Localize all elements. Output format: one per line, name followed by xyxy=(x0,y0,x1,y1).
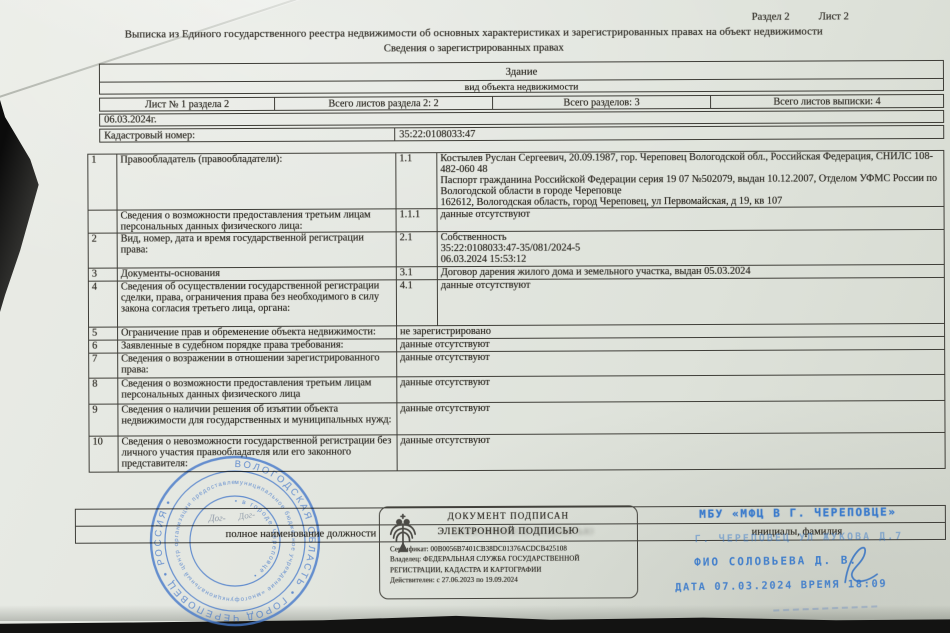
row-label: Правообладатель (правообладатели): xyxy=(117,153,396,210)
row-number: 9 xyxy=(89,404,118,436)
table-row: 8 Сведения о возможности предоставления … xyxy=(89,374,945,404)
row-label: Сведения о наличии решения об изъятии об… xyxy=(118,403,397,436)
stamp-handwriting: Дог- xyxy=(237,509,256,521)
extract-date: 06.03.2024г. xyxy=(99,110,944,127)
sheet-info-cell: Всего листов раздела 2: 2 xyxy=(275,97,493,110)
faded-stamp-line xyxy=(773,605,877,611)
row-subnumber: 4.1 xyxy=(396,280,437,326)
row-label: Заявленные в судебном порядке права треб… xyxy=(118,339,397,353)
row-label: Сведения о возможности предоставления тр… xyxy=(118,377,397,404)
handwritten-signature xyxy=(837,538,885,592)
row-label: Вид, номер, дата и время государственной… xyxy=(117,232,396,268)
section-label: Раздел 2 xyxy=(752,12,790,23)
table-row: 1 Правообладатель (правообладатели): 1.1… xyxy=(88,150,944,210)
table-row: 4 Сведения об осуществлении государствен… xyxy=(88,277,944,327)
mfc-datetime-stamp: ДАТА 07.03.2024 ВРЕМЯ 18:09 xyxy=(631,577,931,594)
round-org-stamp: ВОЛОГОДСКАЯ ОБЛАСТЬ • ГОРОД ЧЕРЕПОВЕЦ • … xyxy=(147,453,324,630)
cadastral-number: 35:22:0108033:47 xyxy=(395,128,475,140)
row-number: 8 xyxy=(89,378,118,404)
value-line: Костылев Руслан Сергеевич, 20.09.1987, г… xyxy=(440,151,940,175)
row-label: Сведения о возражении в отношении зареги… xyxy=(118,352,397,378)
row-label: Сведения об осуществлении государственно… xyxy=(117,280,396,327)
row-label: Сведения о возможности предоставления тр… xyxy=(117,209,396,233)
row-value: Собственность 35:22:0108033:47-35/081/20… xyxy=(437,229,944,266)
rights-table: 1 Правообладатель (правообладатели): 1.1… xyxy=(87,150,945,473)
row-value: данные отсутствуют xyxy=(397,374,945,402)
document-subtitle: Сведения о зарегистрированных правах xyxy=(0,41,949,56)
value-line: 06.03.2024 15:53:12 xyxy=(441,252,941,265)
cadastral-label: Кадастровый номер: xyxy=(100,128,395,141)
cadastral-box: Кадастровый номер: 35:22:0108033:47 xyxy=(99,125,944,143)
table-row: 2 Вид, номер, дата и время государственн… xyxy=(88,229,944,268)
table-row: 9 Сведения о наличии решения об изъятии … xyxy=(89,400,945,436)
esign-validity: Действителен: с 27.06.2023 по 19.09.2024 xyxy=(390,575,628,586)
row-number: 10 xyxy=(89,436,118,472)
esign-stamp: ДОКУМЕНТ ПОДПИСАН ЭЛЕКТРОННОЙ ПОДПИСЬЮ С… xyxy=(379,505,638,599)
row-value: данные отсутствуют xyxy=(397,400,945,434)
row-value: данные отсутствуют xyxy=(437,277,944,325)
row-subnumber: 1.1.1 xyxy=(396,209,437,232)
row-value: данные отсутствуют xyxy=(397,432,945,470)
row-number: 1 xyxy=(88,154,117,210)
row-number: 7 xyxy=(89,353,118,378)
row-number: 3 xyxy=(88,268,117,281)
sheet-info-box: Лист № 1 раздела 2 Всего листов раздела … xyxy=(99,94,944,112)
row-label: Ограничение прав и обременение объекта н… xyxy=(118,326,397,340)
object-type-caption: вид объекта недвижимости xyxy=(100,79,943,95)
row-number xyxy=(88,210,117,233)
stamp-handwriting: Дог- xyxy=(208,513,226,523)
value-line: Паспорт гражданина Российской Федерации … xyxy=(440,173,940,197)
object-type-box: Здание вид объекта недвижимости xyxy=(99,60,944,95)
esign-owner: Владелец: ФЕДЕРАЛЬНАЯ СЛУЖБА ГОСУДАРСТВЕ… xyxy=(390,554,628,576)
row-subnumber: 2.1 xyxy=(396,232,437,267)
row-value: данные отсутствуют xyxy=(437,206,944,231)
row-value: данные отсутствуют xyxy=(397,349,945,376)
coat-of-arms-icon xyxy=(387,512,419,554)
row-value: Костылев Руслан Сергеевич, 20.09.1987, г… xyxy=(437,150,944,208)
sheet-info-cell: Лист № 1 раздела 2 xyxy=(100,98,275,111)
row-subnumber: 3.1 xyxy=(396,267,437,280)
row-subnumber: 1.1 xyxy=(396,153,437,209)
table-row: 7 Сведения о возражении в отношении заре… xyxy=(89,349,945,378)
sheet-info-cell: Всего разделов: 3 xyxy=(493,96,711,109)
row-number: 6 xyxy=(89,340,118,353)
sheet-info-cell: Всего листов выписки: 4 xyxy=(711,95,943,108)
row-number: 5 xyxy=(89,327,118,340)
sheet-label: Лист 2 xyxy=(819,11,849,22)
row-label: Документы-основания xyxy=(117,267,396,281)
photographed-document: Раздел 2 Лист 2 Выписка из Единого госуд… xyxy=(0,0,950,633)
row-number: 4 xyxy=(88,281,117,327)
document-title: Выписка из Единого государственного реес… xyxy=(0,25,949,41)
row-number: 2 xyxy=(88,233,117,268)
